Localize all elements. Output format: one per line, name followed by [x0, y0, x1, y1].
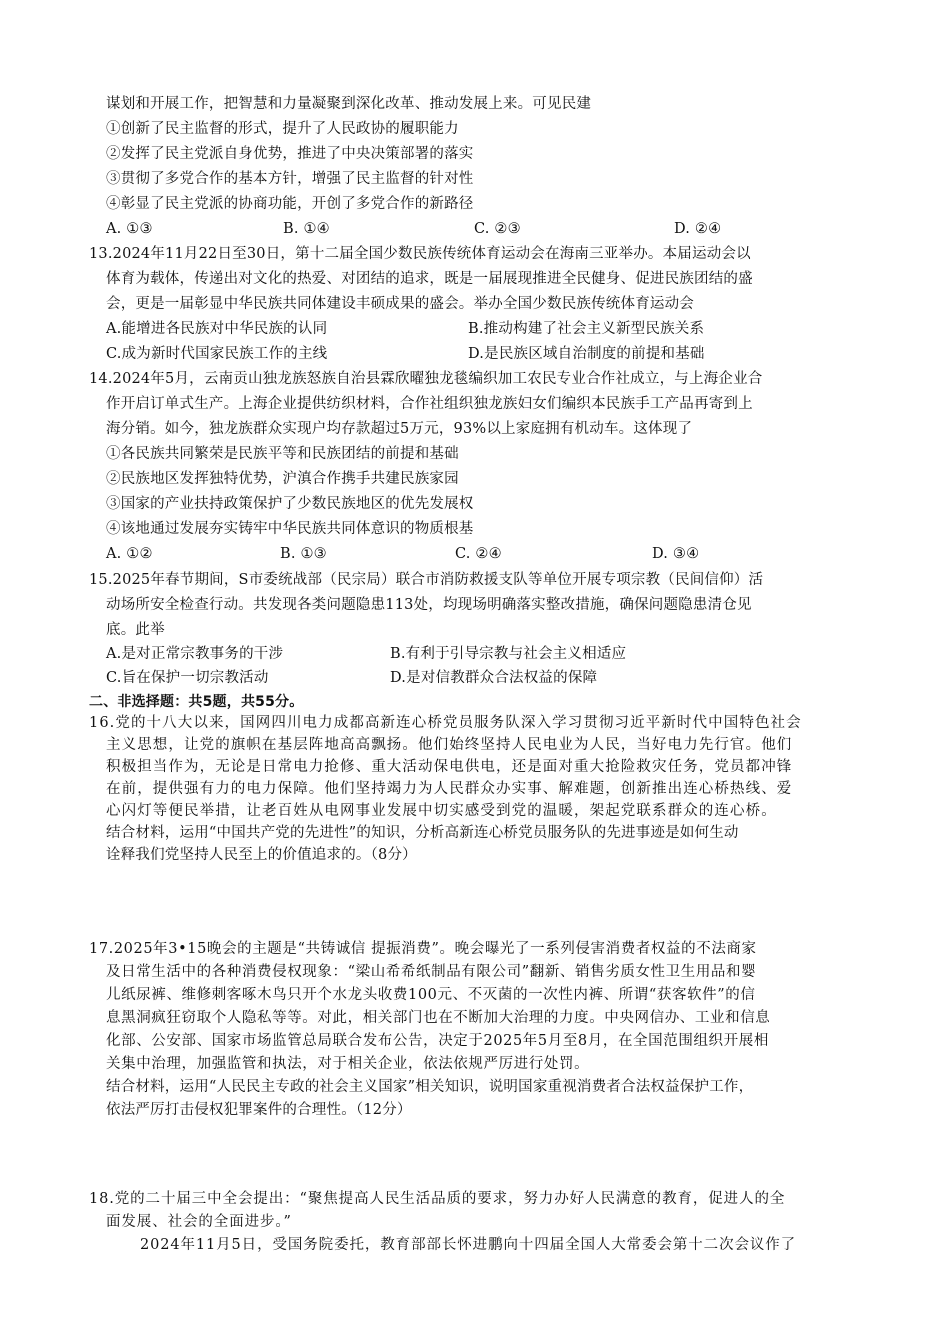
option-d: D. ③④ — [652, 544, 699, 564]
question-stem-line: 海分销。如今，独龙族群众实现户均存款超过5万元，93%以上家庭拥有机动车。这体现… — [106, 419, 692, 439]
option-b: B.有利于引导宗教与社会主义相适应 — [390, 644, 626, 664]
option-d: D.是对信教群众合法权益的保障 — [390, 668, 597, 688]
statement-4: ④彰显了民主党派的协商功能，开创了多党合作的新路径 — [106, 194, 474, 214]
question-stem-line: 会，更是一届彰显中华民族共同体建设丰硕成果的盛会。举办全国少数民族传统体育运动会 — [106, 294, 694, 314]
question-stem-line: 作开启订单式生产。上海企业提供纺织材料，合作社组织独龙族妇女们编织本民族手工产品… — [106, 394, 753, 414]
question-stem-line: 动场所安全检查行动。共发现各类问题隐患113处，均现场明确落实整改措施，确保问题… — [106, 595, 752, 615]
section-heading: 二、非选择题：共5题，共55分。 — [89, 692, 303, 712]
question-stem-line: 关集中治理，加强监管和执法，对于相关企业，依法依规严厉进行处罚。 — [106, 1054, 589, 1074]
question-stem-line: 面发展、社会的全面进步。” — [106, 1212, 292, 1232]
question-prompt-line: 结合材料，运用“人民民主专政的社会主义国家”相关知识，说明国家重视消费者合法权益… — [106, 1077, 753, 1097]
question-prompt-line: 依法严厉打击侵权犯罪案件的合理性。（12分） — [106, 1100, 412, 1120]
question-stem-line: 2024年11月5日，受国务院委托，教育部部长怀进鹏向十四届全国人大常委会第十二… — [140, 1235, 796, 1255]
question-stem-line: 及日常生活中的各种消费侵权现象：“梁山希希纸制品有限公司”翻新、销售劣质女性卫生… — [106, 962, 756, 982]
option-a: A. ①② — [106, 544, 153, 564]
statement-2: ②民族地区发挥独特优势，沪滇合作携手共建民族家园 — [106, 469, 459, 489]
question-stem-line: 14.2024年5月，云南贡山独龙族怒族自治县霖欣曜独龙毯编织加工农民专业合作社… — [89, 369, 762, 389]
question-stem-line: 在前，提供强有力的电力保障。他们坚持竭力为人民群众办实事、解难题，创新推出连心桥… — [106, 779, 792, 799]
statement-3: ③贯彻了多党合作的基本方针，增强了民主监督的针对性 — [106, 169, 474, 189]
option-c: C.旨在保护一切宗教活动 — [106, 668, 269, 688]
question-stem-line: 主义思想，让党的旗帜在基层阵地高高飘扬。他们始终坚持人民电业为人民，当好电力先行… — [106, 735, 792, 755]
question-stem-line: 13.2024年11月22日至30日，第十二届全国少数民族传统体育运动会在海南三… — [89, 244, 751, 264]
question-stem-line: 18.党的二十届三中全会提出：“聚焦提高人民生活品质的要求，努力办好人民满意的教… — [89, 1189, 785, 1209]
question-stem-line: 化部、公安部、国家市场监管总局联合发布公告，决定于2025年5月至8月，在全国范… — [106, 1031, 769, 1051]
question-stem-line: 心闪灯等便民举措，让老百姓从电网事业发展中切实感受到党的温暖，架起党联系群众的连… — [106, 801, 777, 821]
question-stem: 谋划和开展工作，把智慧和力量凝聚到深化改革、推动发展上来。可见民建 — [106, 94, 591, 114]
question-stem-line: 儿纸尿裤、维修刺客啄木鸟只开个水龙头收费100元、不灭菌的一次性内裤、所谓“获客… — [106, 985, 756, 1005]
option-d: D. ②④ — [674, 219, 721, 239]
question-stem-line: 底。此举 — [106, 620, 165, 640]
option-c: C.成为新时代国家民族工作的主线 — [106, 344, 327, 364]
option-d: D.是民族区域自治制度的前提和基础 — [468, 344, 705, 364]
question-prompt-line: 结合材料，运用“中国共产党的先进性”的知识，分析高新连心桥党员服务队的先进事迹是… — [106, 823, 739, 843]
statement-4: ④该地通过发展夯实铸牢中华民族共同体意识的物质根基 — [106, 519, 474, 539]
question-stem-line: 17.2025年3•15晚会的主题是“共铸诚信 提振消费”。晚会曝光了一系列侵害… — [89, 939, 757, 959]
statement-1: ①各民族共同繁荣是民族平等和民族团结的前提和基础 — [106, 444, 459, 464]
question-stem-line: 积极担当作为，无论是日常电力抢修、重大活动保电供电，还是面对重大抢险救灾任务，党… — [106, 757, 792, 777]
question-prompt-line: 诠释我们党坚持人民至上的价值追求的。（8分） — [106, 845, 417, 865]
option-c: C. ②④ — [455, 544, 502, 564]
statement-2: ②发挥了民主党派自身优势，推进了中央决策部署的落实 — [106, 144, 474, 164]
option-b: B. ①③ — [280, 544, 327, 564]
option-c: C. ②③ — [474, 219, 521, 239]
question-stem-line: 息黑洞疯狂窃取个人隐私等等。对此，相关部门也在不断加大治理的力度。中央网信办、工… — [106, 1008, 770, 1028]
option-b: B. ①④ — [283, 219, 330, 239]
exam-page: 谋划和开展工作，把智慧和力量凝聚到深化改革、推动发展上来。可见民建 ①创新了民主… — [0, 0, 950, 1344]
question-stem-line: 16.党的十八大以来，国网四川电力成都高新连心桥党员服务队深入学习贯彻习近平新时… — [89, 713, 802, 733]
option-a: A.是对正常宗教事务的干涉 — [106, 644, 283, 664]
option-a: A.能增进各民族对中华民族的认同 — [106, 319, 327, 339]
statement-1: ①创新了民主监督的形式，提升了人民政协的履职能力 — [106, 119, 459, 139]
question-stem-line: 15.2025年春节期间，S市委统战部（民宗局）联合市消防救援支队等单位开展专项… — [89, 570, 763, 590]
statement-3: ③国家的产业扶持政策保护了少数民族地区的优先发展权 — [106, 494, 474, 514]
question-stem-line: 体育为载体，传递出对文化的热爱、对团结的追求，既是一届展现推进全民健身、促进民族… — [106, 269, 753, 289]
option-b: B.推动构建了社会主义新型民族关系 — [468, 319, 704, 339]
option-a: A. ①③ — [106, 219, 153, 239]
